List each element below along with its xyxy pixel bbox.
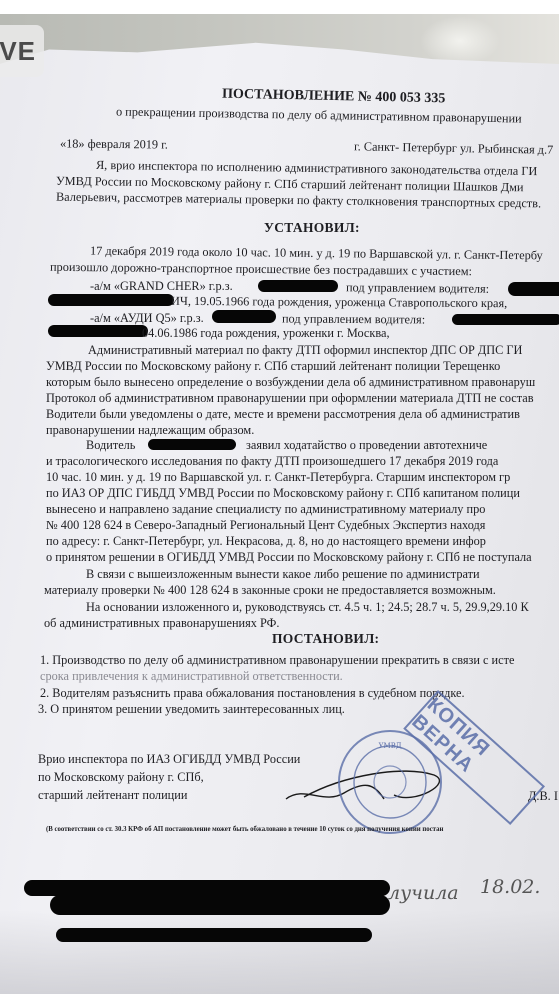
redaction bbox=[48, 325, 148, 337]
redaction bbox=[50, 895, 390, 915]
vehicle-2-label: -а/м «АУДИ Q5» г.р.з. bbox=[90, 311, 204, 325]
handwritten-date: 18.02. bbox=[480, 876, 540, 898]
material-line: Протокол об административном правонаруше… bbox=[46, 391, 534, 405]
redaction bbox=[508, 282, 559, 296]
resolved-item-1: 1. Производство по делу об административ… bbox=[40, 653, 514, 667]
redaction bbox=[24, 880, 390, 896]
heading-established: УСТАНОВИЛ: bbox=[264, 221, 360, 235]
redaction bbox=[48, 294, 174, 306]
heading-resolved: ПОСТАНОВИЛ: bbox=[272, 632, 379, 646]
handwritten-received: лучила bbox=[388, 882, 459, 904]
redaction bbox=[452, 314, 559, 325]
resolved-item-1-cont: срока привлечения к административной отв… bbox=[40, 669, 343, 683]
petition-line: по адресу: г. Санкт-Петербург, ул. Некра… bbox=[46, 534, 486, 548]
petition-line: и трасологического исследования по факту… bbox=[46, 454, 498, 468]
signatory-line: старший лейтенант полиции bbox=[38, 788, 187, 802]
document-date: «18» февраля 2019 г. bbox=[60, 136, 168, 151]
material-line: которым было вынесено определение о возб… bbox=[46, 375, 535, 389]
established-line: 17 декабря 2019 года около 10 час. 10 ми… bbox=[90, 244, 543, 263]
vehicle-1-label: -а/м «GRAND CHER» г.р.з. bbox=[90, 279, 233, 293]
redaction bbox=[212, 310, 276, 323]
signatory-line: Врио инспектора по ИАЗ ОГИБДД УМВД Росси… bbox=[38, 752, 300, 766]
conclusion-line: На основании изложенного и, руководствуя… bbox=[86, 600, 529, 614]
redaction bbox=[258, 280, 338, 292]
material-line: правонарушении надлежащим образом. bbox=[46, 423, 254, 437]
petition-line: № 400 128 624 в Северо-Западный Регионал… bbox=[46, 518, 485, 532]
document-title: ПОСТАНОВЛЕНИЕ № 400 053 335 bbox=[222, 88, 446, 107]
resolved-item-3: 3. О принятом решении уведомить заинтере… bbox=[38, 702, 345, 716]
driver-1-info: ИЧ, 19.05.1966 года рождения, уроженца С… bbox=[171, 294, 507, 310]
material-line: Водители были уведомлены о дате, месте и… bbox=[46, 407, 520, 421]
petition-line: о принятом решении в ОГИБДД УМВД России … bbox=[46, 550, 532, 564]
document: ПОСТАНОВЛЕНИЕ № 400 053 335 о прекращени… bbox=[0, 0, 559, 994]
petition-line: по ИАЗ ОР ДПС ГИБДД УМВД России по Моско… bbox=[46, 486, 520, 500]
driver-1-label: под управлением водителя: bbox=[346, 280, 489, 295]
petition-driver-label: Водитель bbox=[86, 438, 135, 452]
document-subtitle: о прекращении производства по делу об ад… bbox=[116, 104, 522, 125]
petition-line: 10 час. 10 мин. у д. 19 по Варшавской ул… bbox=[46, 470, 510, 484]
material-line: УМВД России по Московскому району г. СПб… bbox=[46, 359, 500, 373]
redaction bbox=[56, 928, 372, 942]
conclusion-line: материалу проверки № 400 128 624 в закон… bbox=[44, 583, 496, 597]
svg-text:УМВД: УМВД bbox=[378, 742, 401, 750]
driver-2-label: под управлением водителя: bbox=[282, 312, 425, 327]
petition-line: вынесено и направлено задание специалист… bbox=[46, 502, 485, 516]
driver-2-info: 04.06.1986 года рождения, уроженки г. Мо… bbox=[142, 326, 390, 340]
established-line: произошло дорожно-транспортное происшест… bbox=[50, 260, 472, 278]
appeal-footnote: (В соответствии со ст. 30.3 КРФ об АП по… bbox=[46, 823, 443, 837]
conclusion-line: об административных правонарушениях РФ. bbox=[44, 616, 279, 630]
redaction bbox=[148, 439, 236, 450]
document-place: г. Санкт- Петербург ул. Рыбинская д.7 bbox=[354, 139, 553, 156]
material-line: Административный материал по факту ДТП о… bbox=[88, 343, 522, 357]
petition-line: заявил ходатайство о проведении автотехн… bbox=[246, 438, 487, 452]
signatory-line: по Московскому району г. СПб, bbox=[38, 770, 204, 784]
conclusion-line: В связи с вышеизложенным вынести какое л… bbox=[86, 567, 480, 581]
resolved-item-2: 2. Водителям разъяснить права обжаловани… bbox=[40, 686, 465, 700]
